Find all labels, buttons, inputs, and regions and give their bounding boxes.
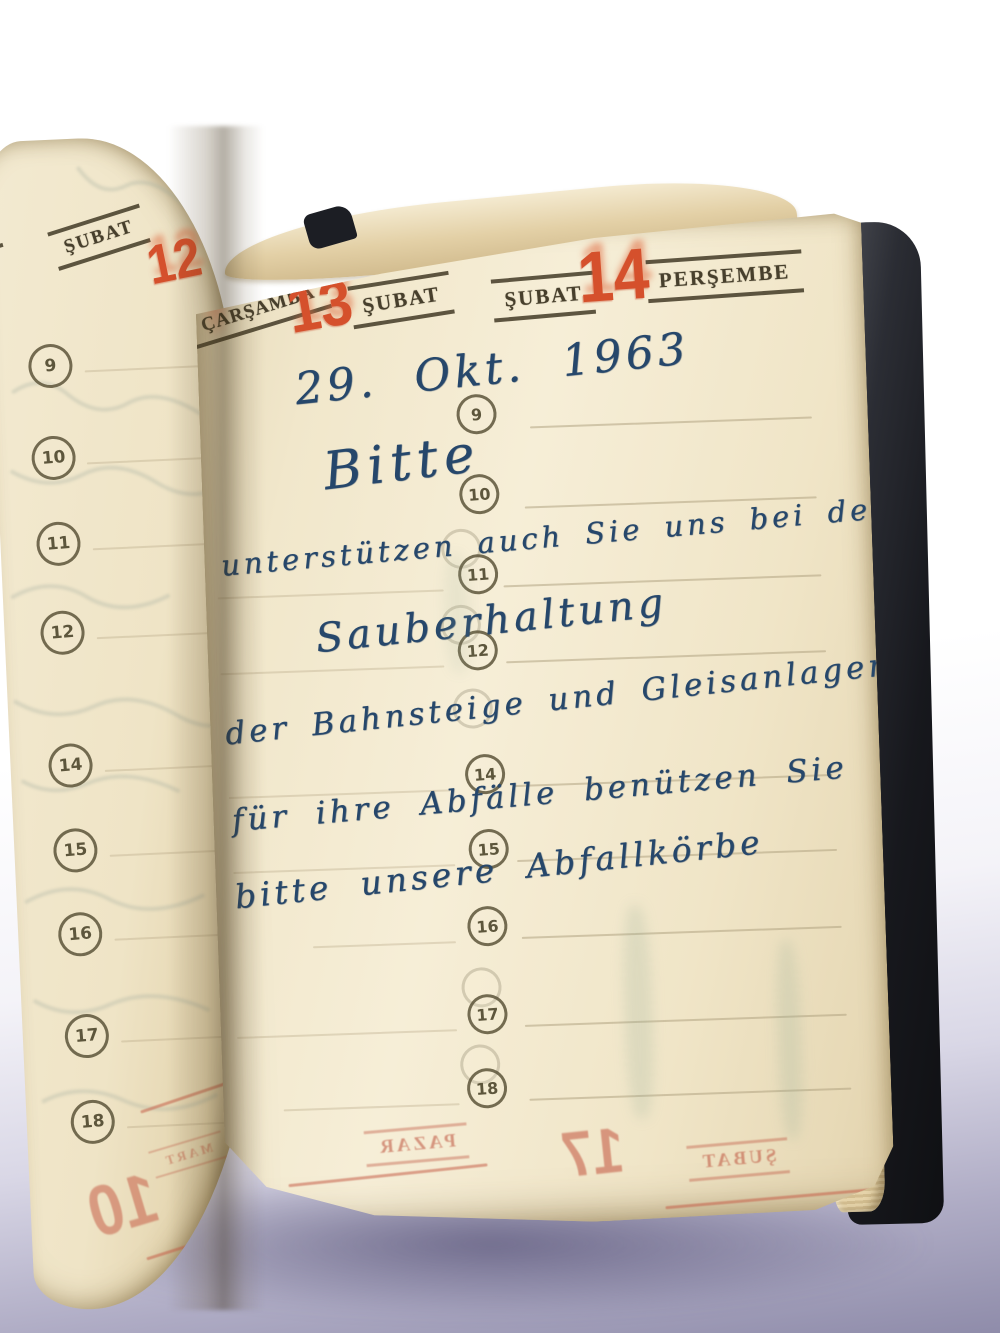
ruled-line [218,589,444,599]
header-day-left: 13 [283,269,358,344]
header-month-left: ŞUBAT [347,271,455,330]
header-day-right: 14 [575,237,651,313]
bleedthrough-stain [621,905,656,1120]
right-page: ÇARŞAMBA 13 ŞUBAT ŞUBAT 14 PERŞEMBE 29. … [193,209,896,1235]
handwriting-line-2: unterstützen auch Sie uns bei der [220,490,891,582]
bleed-day-number: 17 [558,1117,627,1188]
ruled-line [237,1029,457,1039]
ruled-line [530,417,812,429]
left-header-day-number: 12 [143,230,206,295]
bleed-month-label: ŞUBAT [686,1137,790,1182]
ruled-line [522,926,842,939]
handwriting-line-4: der Bahnsteige und Gleisanlagen [223,647,893,753]
header-weekday-right: PERŞEMBE [646,249,804,303]
ruled-line [529,1088,851,1101]
bleedthrough-stain [774,939,805,1140]
hour-marker-17: 17 [466,993,509,1036]
ruled-line [284,1103,460,1111]
bleed-weekday-label: PAZAR [364,1122,470,1167]
ruled-line [313,941,456,948]
ruled-line [220,665,444,675]
hour-marker-18: 18 [466,1067,509,1110]
hour-marker-16: 16 [466,905,509,948]
diary-photo: T ŞUBAT 12 9 10 11 12 14 15 16 17 18 MAR… [0,0,1000,1333]
bleed-red-line [288,1163,487,1187]
